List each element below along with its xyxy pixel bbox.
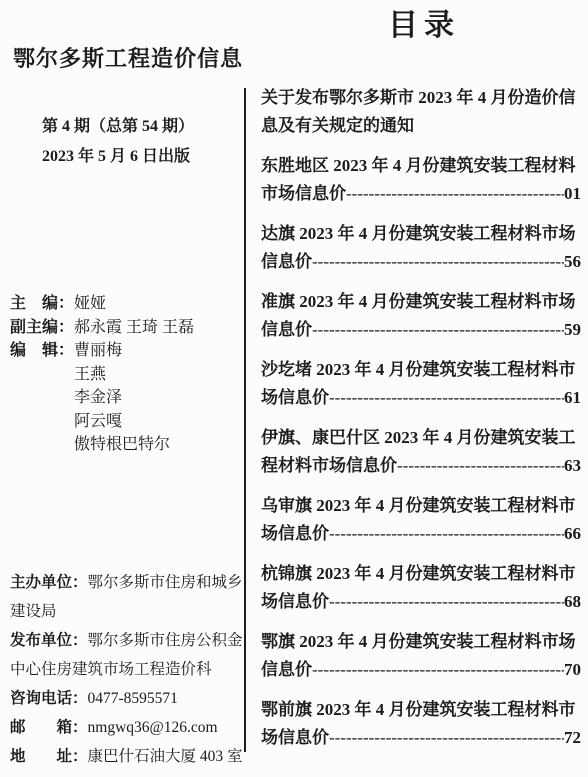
organization-block: 主办单位：鄂尔多斯市住房和城乡建设局 发布单位：鄂尔多斯市住房公积金中心住房建筑… — [10, 568, 244, 771]
toc-entry: 准旗 2023 年 4 月份建筑安装工程材料市场 信息价------------… — [261, 288, 581, 344]
toc-entry: 鄂旗 2023 年 4 月份建筑安装工程材料市场 信息价------------… — [261, 628, 581, 684]
toc-entry-line2: 场信息价 — [261, 588, 329, 616]
phone-value: 0477-8595571 — [88, 690, 178, 707]
dash-leader: ----------------------------------------… — [329, 724, 564, 752]
toc-page-number: 72 — [564, 724, 581, 752]
dash-leader: ----------------------------------------… — [346, 180, 564, 208]
toc-entries: 关于发布鄂尔多斯市 2023 年 4 月份造价信 息及有关规定的通知 东胜地区 … — [261, 84, 581, 764]
column-divider — [244, 88, 246, 752]
publisher-unit-label: 发布单位： — [10, 632, 88, 649]
toc-entry: 杭锦旗 2023 年 4 月份建筑安装工程材料市 场信息价-----------… — [261, 560, 581, 616]
issue-info: 第 4 期（总第 54 期） 2023 年 5 月 6 日出版 — [42, 112, 194, 172]
toc-entry-line1: 准旗 2023 年 4 月份建筑安装工程材料市场 — [261, 288, 581, 316]
toc-entry-line1: 沙圪堵 2023 年 4 月份建筑安装工程材料市 — [261, 356, 581, 384]
toc-entry: 达旗 2023 年 4 月份建筑安装工程材料市场 信息价------------… — [261, 220, 581, 276]
toc-entry: 伊旗、康巴什区 2023 年 4 月份建筑安装工 程材料市场信息价-------… — [261, 424, 581, 480]
editor-row: 编 辑：曹丽梅 — [10, 339, 242, 363]
toc-page-number: 68 — [564, 588, 581, 616]
toc-title: 目录 — [261, 0, 581, 44]
editor-label: 编 辑： — [10, 342, 74, 359]
toc-entry-line2: 场信息价 — [261, 520, 329, 548]
toc-entry-line2: 场信息价 — [261, 724, 329, 752]
toc-entry-line2: 程材料市场信息价 — [261, 452, 397, 480]
dash-leader: ----------------------------------------… — [397, 452, 564, 480]
chief-editor-row: 主 编：娅娅 — [10, 292, 242, 316]
toc-page-number: 63 — [564, 452, 581, 480]
journal-title: 鄂尔多斯工程造价信息 — [13, 42, 243, 73]
editor-name: 王燕 — [10, 363, 242, 387]
toc-page-number: 61 — [564, 384, 581, 412]
email-value: nmgwq36@126.com — [88, 719, 218, 736]
toc-page-number: 56 — [564, 248, 581, 276]
toc-column: 目录 关于发布鄂尔多斯市 2023 年 4 月份造价信 息及有关规定的通知 东胜… — [261, 0, 581, 777]
toc-page-number: 70 — [564, 656, 581, 684]
address-row: 地 址：康巴什石油大厦 403 室 — [10, 742, 244, 771]
toc-page-number: 66 — [564, 520, 581, 548]
chief-editor-name: 娅娅 — [74, 295, 106, 312]
host-unit-row: 主办单位：鄂尔多斯市住房和城乡建设局 — [10, 568, 244, 626]
host-unit-label: 主办单位： — [10, 574, 88, 591]
toc-entry: 东胜地区 2023 年 4 月份建筑安装工程材料 市场信息价----------… — [261, 152, 581, 208]
issue-number: 第 4 期（总第 54 期） — [42, 112, 194, 142]
dash-leader: ----------------------------------------… — [329, 384, 564, 412]
toc-entry: 乌审旗 2023 年 4 月份建筑安装工程材料市 场信息价-----------… — [261, 492, 581, 548]
editor-name: 李金泽 — [10, 386, 242, 410]
email-row: 邮 箱：nmgwq36@126.com — [10, 713, 244, 742]
editor-name: 傲特根巴特尔 — [10, 433, 242, 457]
toc-entry-line1: 达旗 2023 年 4 月份建筑安装工程材料市场 — [261, 220, 581, 248]
publish-date: 2023 年 5 月 6 日出版 — [42, 142, 194, 172]
phone-row: 咨询电话：0477-8595571 — [10, 684, 244, 713]
dash-leader: ----------------------------------------… — [312, 248, 564, 276]
editor-name: 曹丽梅 — [74, 342, 122, 359]
toc-entry: 关于发布鄂尔多斯市 2023 年 4 月份造价信 息及有关规定的通知 — [261, 84, 581, 140]
chief-editor-label: 主 编： — [10, 295, 74, 312]
address-value: 康巴什石油大厦 403 室 — [88, 748, 243, 765]
dash-leader: ----------------------------------------… — [312, 656, 564, 684]
toc-entry-line1: 杭锦旗 2023 年 4 月份建筑安装工程材料市 — [261, 560, 581, 588]
phone-label: 咨询电话： — [10, 690, 88, 707]
dash-leader: ----------------------------------------… — [329, 520, 564, 548]
toc-entry-line1: 伊旗、康巴什区 2023 年 4 月份建筑安装工 — [261, 424, 581, 452]
toc-entry-line1: 东胜地区 2023 年 4 月份建筑安装工程材料 — [261, 152, 581, 180]
masthead: 主 编：娅娅 副主编：郝永霞 王琦 王磊 编 辑：曹丽梅 王燕 李金泽 阿云嘎 … — [10, 292, 242, 457]
toc-entry-line1: 乌审旗 2023 年 4 月份建筑安装工程材料市 — [261, 492, 581, 520]
toc-page-number: 01 — [564, 180, 581, 208]
toc-entry-line2: 市场信息价 — [261, 180, 346, 208]
toc-entry-line1: 关于发布鄂尔多斯市 2023 年 4 月份造价信 — [261, 84, 581, 112]
toc-entry-line2: 场信息价 — [261, 384, 329, 412]
publisher-unit-row: 发布单位：鄂尔多斯市住房公积金中心住房建筑市场工程造价科 — [10, 626, 244, 684]
address-label: 地 址： — [10, 748, 88, 765]
toc-entry: 沙圪堵 2023 年 4 月份建筑安装工程材料市 场信息价-----------… — [261, 356, 581, 412]
toc-entry: 鄂前旗 2023 年 4 月份建筑安装工程材料市 场信息价-----------… — [261, 696, 581, 752]
deputy-editor-row: 副主编：郝永霞 王琦 王磊 — [10, 316, 242, 340]
dash-leader: ----------------------------------------… — [329, 588, 564, 616]
toc-page-number: 59 — [564, 316, 581, 344]
toc-entry-line2: 信息价 — [261, 316, 312, 344]
email-label: 邮 箱： — [10, 719, 88, 736]
deputy-editor-label: 副主编： — [10, 319, 74, 336]
scanned-journal-page: 鄂尔多斯工程造价信息 第 4 期（总第 54 期） 2023 年 5 月 6 日… — [0, 0, 588, 777]
toc-entry-line2: 息及有关规定的通知 — [261, 112, 414, 140]
toc-entry-line2: 信息价 — [261, 656, 312, 684]
toc-entry-line1: 鄂旗 2023 年 4 月份建筑安装工程材料市场 — [261, 628, 581, 656]
editor-name: 阿云嘎 — [10, 410, 242, 434]
toc-entry-line1: 鄂前旗 2023 年 4 月份建筑安装工程材料市 — [261, 696, 581, 724]
dash-leader: ----------------------------------------… — [312, 316, 564, 344]
deputy-editor-names: 郝永霞 王琦 王磊 — [74, 319, 194, 336]
toc-entry-line2: 信息价 — [261, 248, 312, 276]
